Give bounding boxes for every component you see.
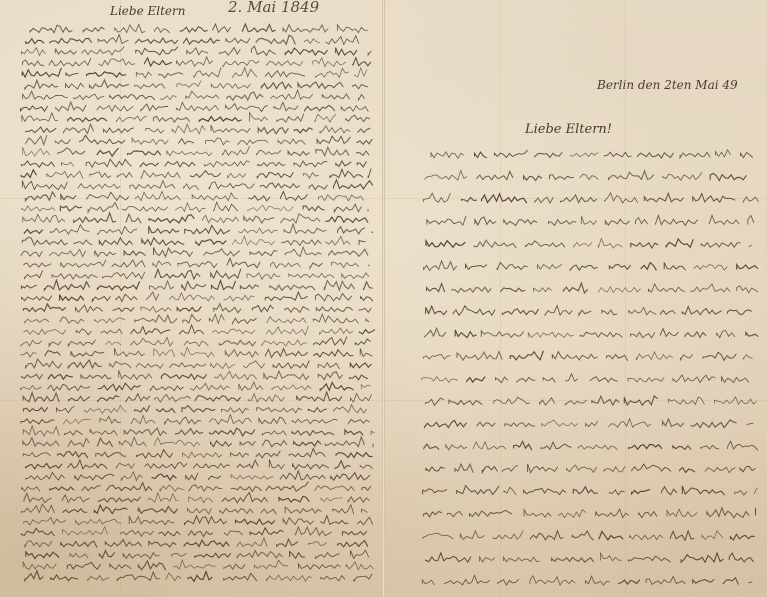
right-page: Berlin den 2ten Mai 49 Liebe Eltern! <box>385 0 767 597</box>
left-page: 2. Mai 1849 Liebe Eltern <box>0 0 383 597</box>
letter-scan: 2. Mai 1849 Liebe Eltern Berlin den 2ten… <box>0 0 767 597</box>
